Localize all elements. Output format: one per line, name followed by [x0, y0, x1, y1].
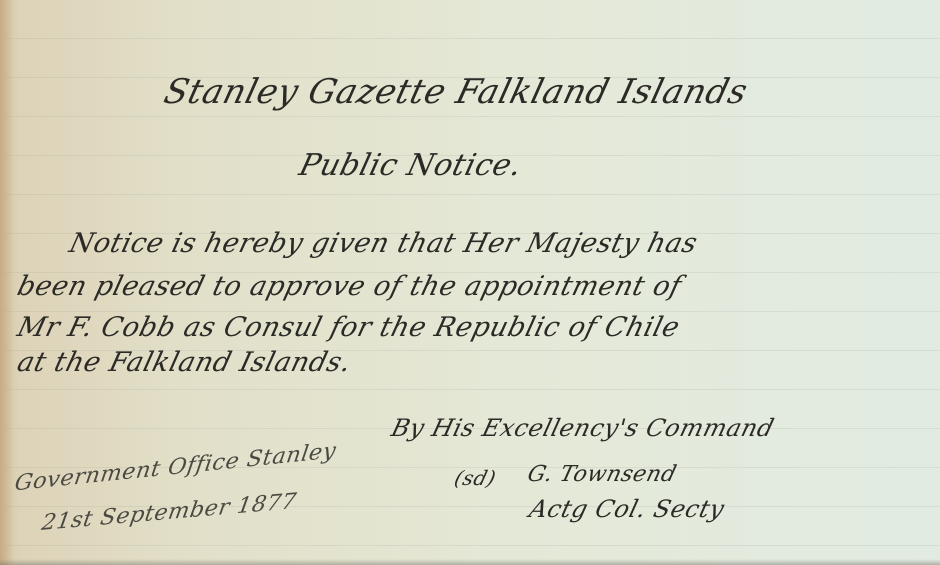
command-line: By His Excellency's Command [389, 414, 778, 442]
page-bottom-edge [0, 559, 940, 565]
office-location: Government Office Stanley [13, 439, 338, 497]
gazette-title: Stanley Gazette Falkland Islands [160, 72, 752, 112]
signatory-title: Actg Col. Secty [527, 495, 728, 523]
signed-marker: (sd) [452, 466, 499, 490]
body-line-1: Notice is hereby given that Her Majesty … [66, 228, 701, 259]
notice-date: 21st September 1877 [40, 489, 299, 536]
signatory-name: G. Townsend [525, 462, 679, 487]
body-line-4: at the Falkland Islands. [14, 347, 354, 378]
body-line-3: Mr F. Cobb as Consul for the Republic of… [14, 312, 683, 343]
notice-heading: Public Notice. [296, 148, 526, 183]
body-line-2: been pleased to approve of the appointme… [14, 271, 685, 302]
page-binding-edge [0, 0, 14, 565]
